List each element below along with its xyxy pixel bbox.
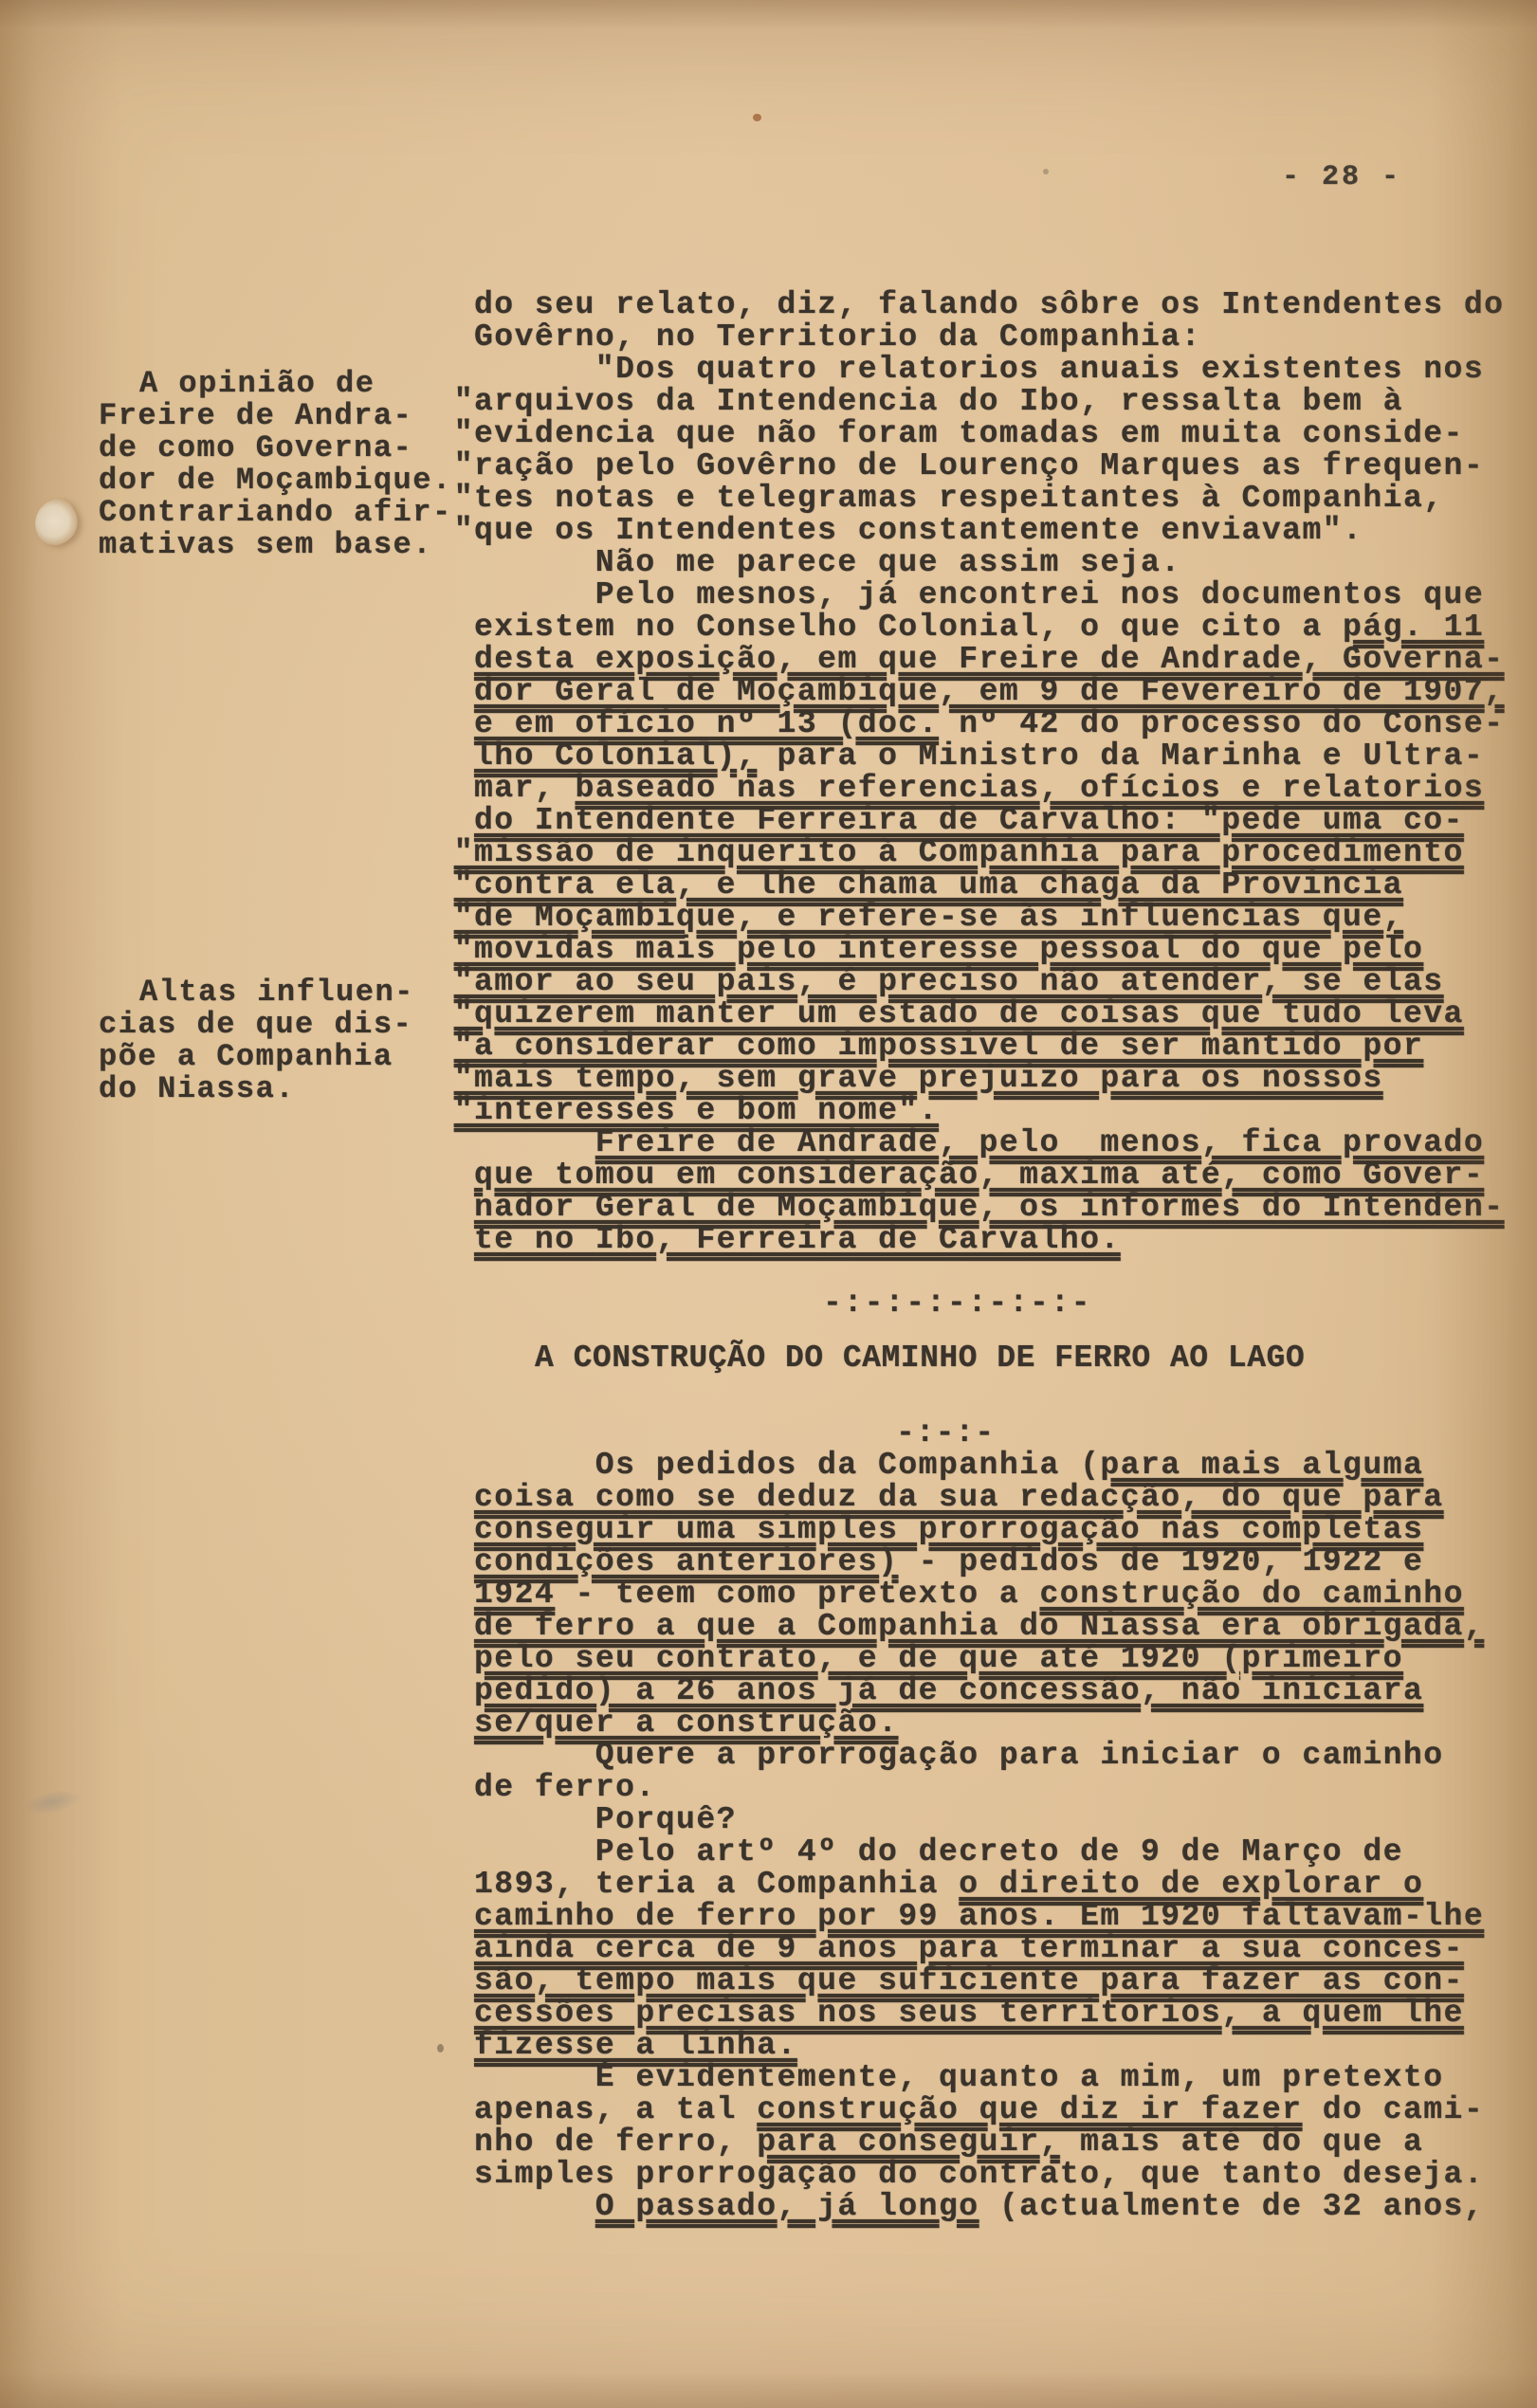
underlined-text: o direito de explorar o: [959, 1867, 1423, 1902]
section-separator-small: -:-:-: [896, 1417, 1537, 1450]
text-line: "contra ela, e lhe chama uma chaga da Pr…: [454, 869, 1537, 902]
margin-note-line: dor de Moçambique.: [99, 465, 478, 497]
text-line: É evidentemente, quanto a mim, um pretex…: [474, 2062, 1537, 2094]
underlined-text: pedido) a 26 anos já de concessão, não i…: [474, 1673, 1423, 1708]
plain-text: 1893, teria a Companhia: [474, 1867, 959, 1902]
underlined-text: pelo seu contrato, e de que até 1920 (pr…: [474, 1641, 1403, 1676]
plain-text: nº 42 do processo do Conse-: [939, 706, 1505, 741]
plain-text: Não me parece que assim seja.: [595, 545, 1181, 580]
underlined-text: pág. 11: [1343, 610, 1484, 645]
text-line: do seu relato, diz, falando sôbre os Int…: [474, 289, 1537, 321]
text-line: 1893, teria a Companhia o direito de exp…: [474, 1869, 1537, 1901]
text-line: existem no Conselho Colonial, o que cito…: [474, 611, 1537, 644]
text-line: "que os Intendentes constantemente envia…: [454, 515, 1537, 547]
underlined-text: fizesse a linha.: [474, 2028, 797, 2063]
plain-text: para o Ministro da Marinha e Ultra-: [757, 739, 1484, 774]
underlined-text: "movidas mais pelo interesse pessoal do …: [454, 932, 1424, 967]
underlined-text: de ferro a que a Companhia do Niassa era…: [474, 1609, 1484, 1644]
text-line: "missão de inquerito à Companhia para pr…: [454, 837, 1537, 869]
text-line: O passado, já longo (actualmente de 32 a…: [474, 2191, 1537, 2223]
text-line: lho Colonial), para o Ministro da Marinh…: [474, 740, 1537, 773]
plain-text: "arquivos da Intendencia do Ibo, ressalt…: [454, 384, 1403, 419]
underlined-text: condições anteriores): [474, 1544, 898, 1579]
text-line: nador Geral de Moçambique, os informes d…: [474, 1192, 1537, 1224]
text-line: do Intendente Ferreira de Carvalho: "ped…: [474, 805, 1537, 837]
text-line: desta exposição, em que Freire de Andrad…: [474, 644, 1537, 676]
underlined-text: "amor ao seu pais, é preciso não atender…: [454, 964, 1444, 999]
underlined-text: são, tempo mais que suficiente para faze…: [474, 1963, 1464, 1998]
plain-text: "tes notas e telegramas respeitantes à C…: [454, 481, 1444, 516]
text-line: mar, baseado nas referencias, ofícios e …: [474, 773, 1537, 805]
text-line: "evidencia que não foram tomadas em muit…: [454, 418, 1537, 450]
plain-text: existem no Conselho Colonial, o que cito…: [474, 610, 1343, 645]
text-line: te no Ibo, Ferreira de Carvalho.: [474, 1224, 1537, 1256]
underlined-text: "mais tempo, sem grave prejuizo para os …: [454, 1061, 1383, 1096]
plain-text: do seu relato, diz, falando sôbre os Int…: [474, 287, 1504, 322]
underlined-text: "contra ela, e lhe chama uma chaga da Pr…: [454, 867, 1403, 903]
plain-text: mais até do que a: [1060, 2125, 1423, 2160]
text-line: Freire de Andrade, pelo menos, fica prov…: [474, 1127, 1537, 1159]
underlined-text: "a considerar como impossivel de ser man…: [454, 1029, 1424, 1064]
margin-note-line: põe a Companhia: [99, 1041, 478, 1073]
paragraph-block-intendentes: do seu relato, diz, falando sôbre os Int…: [474, 289, 1537, 1256]
plain-text: É evidentemente, quanto a mim, um pretex…: [595, 2060, 1444, 2095]
text-line: "amor ao seu pais, é preciso não atender…: [454, 966, 1537, 998]
text-line: Pelo mesnos, já encontrei nos documentos…: [474, 579, 1537, 611]
text-line: dor Geral de Moçambique, em 9 de Feverei…: [474, 676, 1537, 708]
underlined-text: lho Colonial),: [474, 739, 757, 774]
plain-text: "Dos quatro relatorios anuais existentes…: [595, 352, 1484, 387]
text-line: Pelo artº 4º do decreto de 9 de Março de: [474, 1836, 1537, 1869]
margin-note-line: de como Governa-: [99, 432, 478, 465]
text-line: Govêrno, no Territorio da Companhia:: [474, 321, 1537, 354]
text-line: "a considerar como impossivel de ser man…: [454, 1031, 1537, 1063]
margin-note-altas-influencias: Altas influen-cias de que dis-põe a Comp…: [99, 976, 478, 1105]
underlined-text: construção do caminho: [1040, 1577, 1464, 1612]
paper-speck: [753, 114, 761, 121]
margin-note-line: cias de que dis-: [99, 1009, 478, 1041]
text-line: "de Moçambique, e refere-se às influenci…: [454, 902, 1537, 934]
underlined-text: 1924: [474, 1577, 555, 1612]
margin-note-line: A opinião de: [99, 368, 478, 400]
underlined-text: "de Moçambique, e refere-se às influenci…: [454, 900, 1403, 935]
text-line: "tes notas e telegramas respeitantes à C…: [454, 483, 1537, 515]
underlined-text: coisa como se deduz da sua redacção, do …: [474, 1480, 1444, 1515]
text-line: condições anteriores) - pedidos de 1920,…: [474, 1546, 1537, 1578]
text-line: são, tempo mais que suficiente para faze…: [474, 1965, 1537, 1998]
underlined-text: baseado nas referencias, ofícios e relat…: [576, 771, 1485, 806]
underlined-text: "missão de inquerito à Companhia para pr…: [454, 835, 1464, 870]
paper-speck: [1043, 169, 1049, 174]
text-line: "movidas mais pelo interesse pessoal do …: [454, 934, 1537, 966]
underlined-text: "quizerem manter um estado de coisas que…: [454, 996, 1464, 1031]
text-line: cessões precisas nos seus territorios, a…: [474, 1998, 1537, 2030]
margin-note-line: Altas influen-: [99, 976, 478, 1009]
text-line: fizesse a linha.: [474, 2030, 1537, 2062]
underlined-text: te no Ibo, Ferreira de Carvalho.: [474, 1222, 1121, 1257]
paper-tear-blemish: [27, 493, 85, 552]
underlined-text: cessões precisas nos seus territorios, a…: [474, 1996, 1464, 2031]
underlined-text: desta exposição, em que Freire de Andrad…: [474, 642, 1504, 677]
plain-text: Govêrno, no Territorio da Companhia:: [474, 319, 1201, 355]
paper-speck: [437, 2044, 444, 2052]
plain-text: (actualmente de 32 anos,: [979, 2189, 1485, 2224]
plain-text: Quere a prorrogação para iniciar o camin…: [595, 1738, 1444, 1773]
plain-text: Pelo artº 4º do decreto de 9 de Março de: [595, 1834, 1403, 1870]
underlined-text: construção que diz ir fazer: [757, 2092, 1302, 2127]
plain-text: Os pedidos da Companhia (: [595, 1448, 1101, 1483]
underlined-text: conseguir uma simples prorrogação nas co…: [474, 1512, 1423, 1547]
document-body: do seu relato, diz, falando sôbre os Int…: [474, 289, 1537, 2223]
plain-text: "ração pelo Govêrno de Lourenço Marques …: [454, 448, 1484, 483]
document-page: - 28 - A opinião deFreire de Andra-de co…: [0, 0, 1537, 2408]
text-line: "Dos quatro relatorios anuais existentes…: [474, 354, 1537, 386]
underlined-text: ainda cerca de 9 anos para terminar a su…: [474, 1931, 1464, 1966]
underlined-text: que tomou em consideração, maxima até, c…: [474, 1158, 1484, 1193]
text-line: que tomou em consideração, maxima até, c…: [474, 1159, 1537, 1192]
text-line: Porquê?: [474, 1804, 1537, 1836]
underlined-text: e em ofício nº 13 (doc.: [474, 706, 939, 741]
margin-note-opinion-freire: A opinião deFreire de Andra-de como Gove…: [99, 368, 478, 561]
text-line: "arquivos da Intendencia do Ibo, ressalt…: [454, 386, 1537, 418]
plain-text: - pedidos de 1920, 1922 e: [898, 1544, 1423, 1579]
text-line: Quere a prorrogação para iniciar o camin…: [474, 1740, 1537, 1772]
text-line: e em ofício nº 13 (doc. nº 42 do process…: [474, 708, 1537, 740]
plain-text: de ferro.: [474, 1770, 656, 1805]
underlined-text: do Intendente Ferreira de Carvalho: "ped…: [474, 803, 1464, 838]
plain-text: mar,: [474, 771, 576, 806]
text-line: "quizerem manter um estado de coisas que…: [454, 998, 1537, 1031]
underlined-text: "interesses e bom nome".: [454, 1093, 939, 1128]
text-line: apenas, a tal construção que diz ir faze…: [474, 2094, 1537, 2126]
text-line: pedido) a 26 anos já de concessão, não i…: [474, 1675, 1537, 1707]
text-line: "mais tempo, sem grave prejuizo para os …: [454, 1063, 1537, 1095]
plain-text: "evidencia que não foram tomadas em muit…: [454, 416, 1464, 451]
paragraph-block-caminho-de-ferro: Os pedidos da Companhia (para mais algum…: [474, 1450, 1537, 2223]
text-line: "interesses e bom nome".: [454, 1095, 1537, 1127]
text-line: de ferro a que a Companhia do Niassa era…: [474, 1611, 1537, 1643]
text-line: de ferro.: [474, 1772, 1537, 1804]
underlined-text: se/quer a construção.: [474, 1706, 898, 1741]
plain-text: "que os Intendentes constantemente envia…: [454, 513, 1363, 548]
text-line: se/quer a construção.: [474, 1707, 1537, 1740]
text-line: pelo seu contrato, e de que até 1920 (pr…: [474, 1643, 1537, 1675]
plain-text: Pelo mesnos, já encontrei nos documentos…: [595, 577, 1484, 612]
underlined-text: dor Geral de Moçambique, em 9 de Feverei…: [474, 674, 1504, 709]
text-line: conseguir uma simples prorrogação nas co…: [474, 1514, 1537, 1546]
text-line: ainda cerca de 9 anos para terminar a su…: [474, 1933, 1537, 1965]
plain-text: apenas, a tal: [474, 2092, 757, 2127]
text-line: simples prorrogação do contrato, que tan…: [474, 2159, 1537, 2191]
text-line: Os pedidos da Companhia (para mais algum…: [474, 1450, 1537, 1482]
margin-note-line: Freire de Andra-: [99, 400, 478, 432]
text-line: Não me parece que assim seja.: [474, 547, 1537, 579]
text-line: nho de ferro, para conseguir, mais até d…: [474, 2126, 1537, 2159]
underlined-text: O passado, já longo: [595, 2189, 979, 2224]
section-separator-top: -:-:-:-:-:-:-: [823, 1287, 1537, 1320]
text-line: "ração pelo Govêrno de Lourenço Marques …: [454, 450, 1537, 483]
page-number: - 28 -: [1282, 161, 1401, 193]
plain-text: nho de ferro,: [474, 2125, 757, 2160]
plain-text: do cami-: [1302, 2092, 1484, 2127]
text-line: caminho de ferro por 99 anos. Em 1920 fa…: [474, 1901, 1537, 1933]
plain-text: Porquê?: [595, 1802, 737, 1837]
underlined-text: para mais alguma: [1100, 1448, 1423, 1483]
text-line: coisa como se deduz da sua redacção, do …: [474, 1482, 1537, 1514]
underlined-text: Freire de Andrade, pelo menos, fica prov…: [595, 1125, 1484, 1160]
plain-text: simples prorrogação do contrato, que tan…: [474, 2157, 1484, 2192]
margin-note-line: Contrariando afir-: [99, 497, 478, 529]
section-heading: A CONSTRUÇÃO DO CAMINHO DE FERRO AO LAGO: [535, 1341, 1537, 1376]
margin-note-line: mativas sem base.: [99, 529, 478, 561]
plain-text: - teem como pretexto a: [555, 1577, 1039, 1612]
underlined-text: para conseguir,: [757, 2125, 1060, 2160]
paper-smudge-blemish: [23, 1786, 81, 1818]
underlined-text: caminho de ferro por 99 anos. Em 1920 fa…: [474, 1899, 1484, 1934]
underlined-text: nador Geral de Moçambique, os informes d…: [474, 1190, 1504, 1225]
text-line: 1924 - teem como pretexto a construção d…: [474, 1578, 1537, 1611]
margin-note-line: do Niassa.: [99, 1073, 478, 1105]
